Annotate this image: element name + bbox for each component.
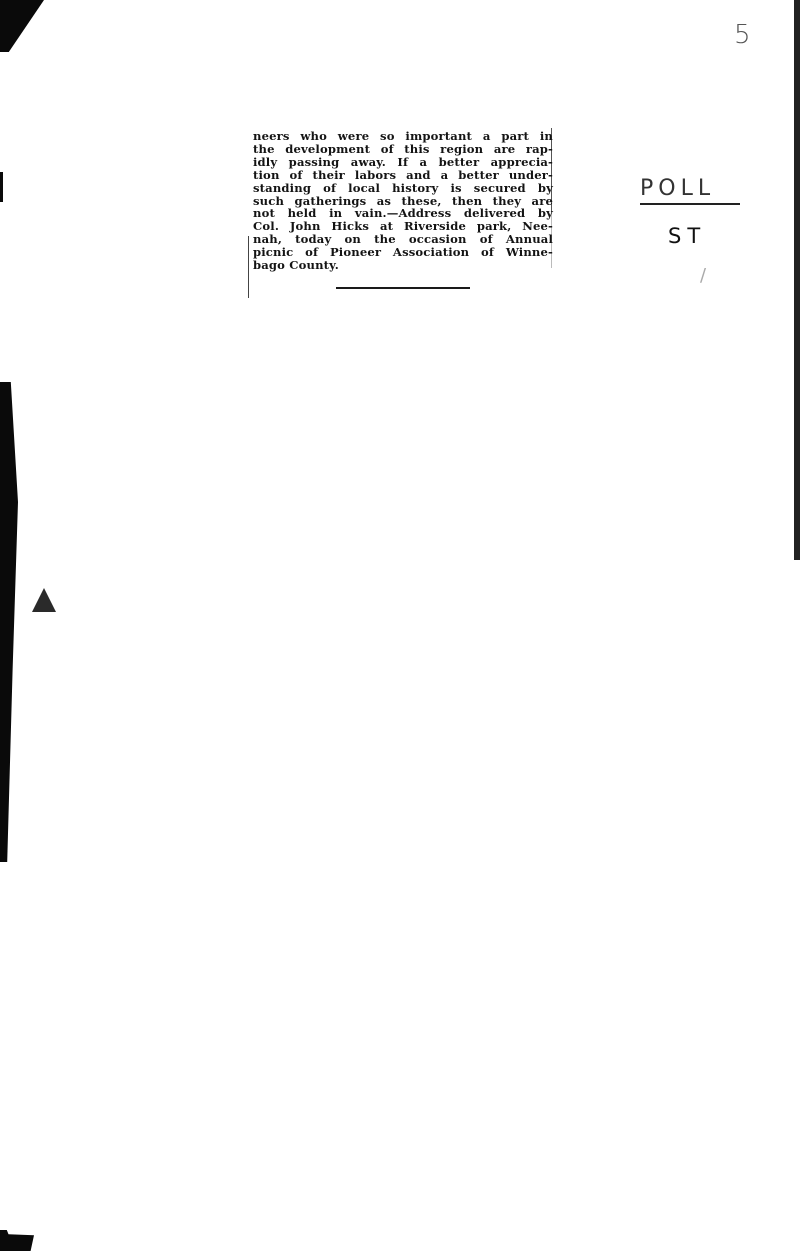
- scan-edge-bottom-left: [0, 1230, 34, 1251]
- clipping-line: standing of local history is secured by: [253, 182, 553, 195]
- scan-edge-left-1: [0, 172, 3, 202]
- page-number: 5: [734, 20, 751, 50]
- clipping-line: idly passing away. If a better apprecia-: [253, 156, 553, 169]
- clipping-line: the development of this region are rap-: [253, 143, 553, 156]
- clipping-paragraph: neers who were so important a part in th…: [253, 130, 553, 272]
- clipping-line: neers who were so important a part in: [253, 130, 553, 143]
- scan-edge-right: [794, 0, 800, 560]
- handwritten-mark: /: [700, 265, 706, 286]
- article-end-rule: [336, 287, 470, 289]
- column-rule-left: [248, 236, 249, 298]
- scan-edge-left-2: [0, 382, 18, 862]
- clipping-line: tion of their labors and a better under-: [253, 169, 553, 182]
- clipping-line: bago County.: [253, 259, 553, 272]
- scan-edge-top-left: [0, 0, 44, 52]
- handwritten-annotation-top: POLL: [640, 176, 740, 205]
- handwritten-annotation-bottom: ST: [668, 224, 706, 248]
- scan-blot: [32, 588, 56, 612]
- newspaper-clipping: neers who were so important a part in th…: [253, 130, 553, 272]
